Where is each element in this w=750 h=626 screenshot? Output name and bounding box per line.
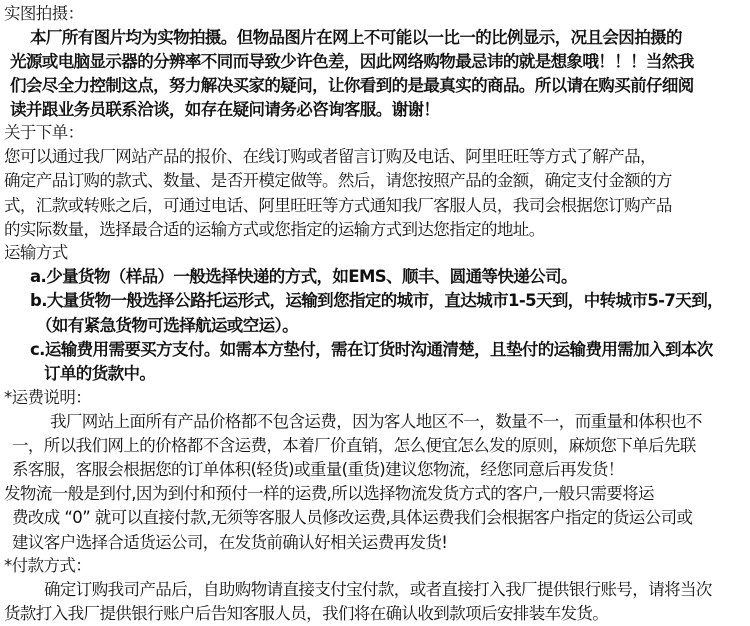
- order-paragraph-line: 确定产品订购的款式、数量、是否开模定做等。然后，请您按照产品的金额，确定支付金额…: [4, 169, 672, 193]
- freight-paragraph-line: 建议客户选择合适货运公司，在发货前确认好相关运费再发货!: [12, 531, 447, 555]
- photo-paragraph-line: 本厂所有图片均为实物拍摄。但物品图片在网上不可能以一比一的比例显示，况且会因拍摄…: [30, 26, 682, 50]
- payment-paragraph-line: 确定订购我司产品后，自助购物请直接支付宝付款，或者直接打入我厂提供银行账号，请将…: [44, 578, 712, 602]
- freight-paragraph-line: 发物流一般是到付,因为到付和预付一样的运费,所以选择物流发货方式的客户,一般只需…: [4, 482, 654, 506]
- shipping-item-a: a.少量货物（样品）一般选择快递的方式，如EMS、顺丰、圆通等快递公司。: [30, 265, 577, 289]
- document: 实图拍摄： 本厂所有图片均为实物拍摄。但物品图片在网上不可能以一比一的比例显示，…: [0, 0, 750, 626]
- section-heading-freight: *运费说明：: [4, 386, 91, 410]
- order-paragraph-line: 的实际数量，选择最合适的运输方式或您指定的运输方式到达您指定的地址。: [4, 218, 545, 242]
- photo-paragraph-line: 们会尽全力控制这点，努力解决买家的疑问，让你看到的是最真实的商品。所以请在购买前…: [10, 74, 694, 98]
- freight-paragraph-line: 我厂网站上面所有产品价格都不包含运费，因为客人地区不一，数量不一，而重量和体积也…: [50, 410, 702, 434]
- shipping-item-b-continued: （如有紧急货物可选择航运或空运）。: [36, 314, 298, 338]
- freight-paragraph-line: 费改成 “0” 就可以直接付款,无须等客服人员修改运费,具体运费我们会根据客户指…: [12, 506, 692, 530]
- order-paragraph-line: 您可以通过我厂网站产品的报价、在线订购或者留言订购及电话、阿里旺旺等方式了解产品…: [4, 145, 656, 169]
- section-heading-photo: 实图拍摄：: [4, 2, 84, 26]
- freight-paragraph-line: 一，所以我们网上的价格都不含运费，本着厂价直销，怎么便宜怎么发的原则，麻烦您下单…: [12, 434, 696, 458]
- shipping-item-b: b.大量货物一般选择公路托运形式，运输到您指定的城市，直达城市1-5天到，中转城…: [30, 289, 723, 313]
- shipping-item-c: c.运输费用需要买方支付。如需本方垫付，需在订货时沟通清楚，且垫付的运输费用需加…: [30, 338, 713, 362]
- payment-paragraph-line: 货款打入我厂提供银行账户后告知客服人员，我们将在确认收到款项后安排装车发货。: [4, 602, 608, 626]
- order-paragraph-line: 式，汇款或转账之后，可通过电话、阿里旺旺等方式通知我厂客服人员，我司会根据您订购…: [4, 194, 672, 218]
- section-heading-payment: *付款方式：: [4, 554, 91, 578]
- section-heading-order: 关于下单：: [4, 121, 84, 145]
- photo-paragraph-line: 光源或电脑显示器的分辨率不同而导致少许色差，因此网络购物最忌讳的就是想象哦！！！…: [10, 50, 694, 74]
- photo-paragraph-line: 读并跟业务员联系洽谈，如存在疑问请务必咨询客服。谢谢！: [10, 98, 439, 122]
- section-heading-shipping: 运输方式: [4, 241, 68, 265]
- shipping-item-c-continued: 订单的货款中。: [44, 362, 155, 386]
- freight-paragraph-line: 系客服，客服会根据您的订单体积(轻货)或重量(重货)建议您物流，经您同意后再发货…: [12, 458, 624, 482]
